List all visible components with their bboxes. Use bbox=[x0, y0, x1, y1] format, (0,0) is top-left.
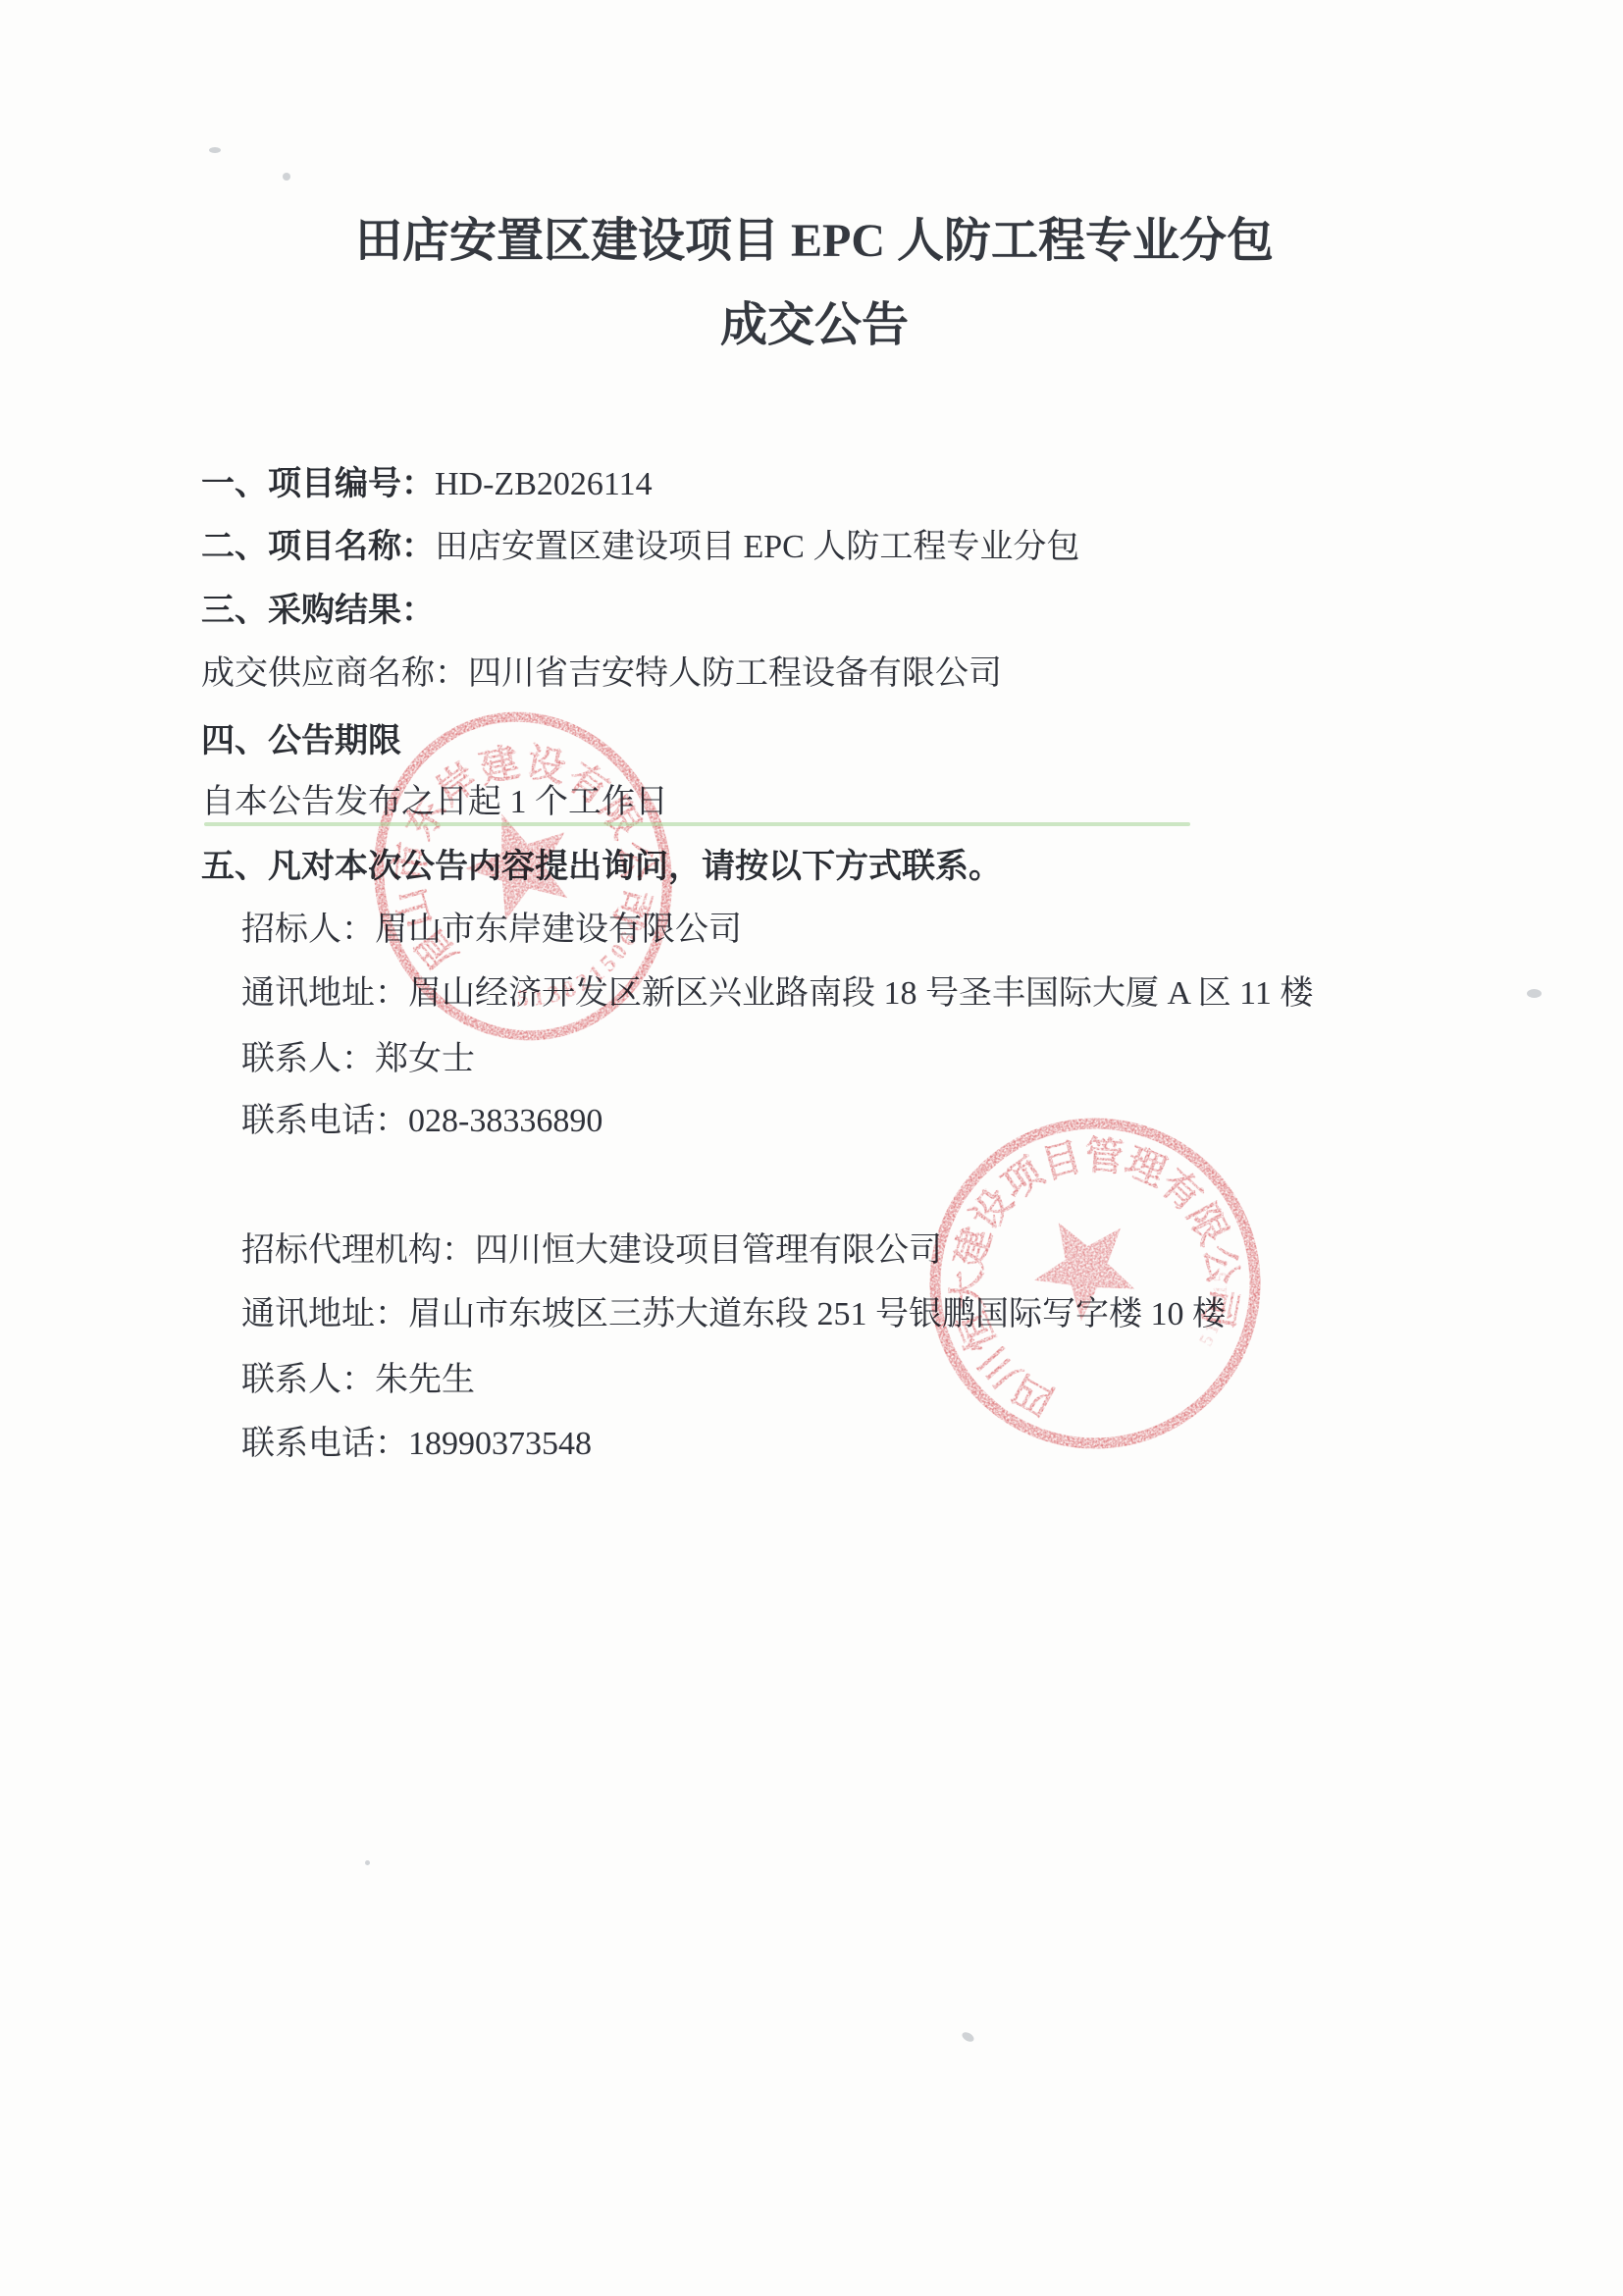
scan-artifact-green-line bbox=[204, 822, 1190, 826]
agency-name-line: 招标代理机构：四川恒大建设项目管理有限公司 bbox=[241, 1228, 942, 1274]
project-number-label: 一、项目编号： bbox=[201, 465, 435, 502]
svg-text:设: 设 bbox=[522, 740, 569, 791]
project-number-value: HD-ZB2026114 bbox=[435, 466, 653, 502]
scan-artifact-speck bbox=[365, 1860, 370, 1865]
project-number-line: 一、项目编号：HD-ZB2026114 bbox=[201, 461, 653, 507]
agency-phone-line: 联系电话：18990373548 bbox=[241, 1422, 592, 1467]
seal-star-icon bbox=[451, 796, 586, 927]
svg-text:5: 5 bbox=[517, 986, 529, 1012]
scan-artifact-speck bbox=[961, 2030, 975, 2043]
scanned-document-page: 田店安置区建设项目 EPC 人防工程专业分包 成交公告 一、项目编号：HD-ZB… bbox=[0, 0, 1623, 2296]
project-name-label: 二、项目名称： bbox=[201, 528, 435, 565]
svg-text:5: 5 bbox=[1210, 1272, 1231, 1282]
svg-text:市: 市 bbox=[387, 840, 436, 884]
scan-artifact-speck bbox=[1527, 989, 1542, 998]
svg-text:管: 管 bbox=[1083, 1133, 1126, 1180]
document-title-line2: 成交公告 bbox=[201, 296, 1428, 355]
svg-text:大: 大 bbox=[945, 1269, 991, 1310]
tenderer-phone-line: 联系电话：028-38336890 bbox=[241, 1099, 602, 1144]
project-name-line: 二、项目名称：田店安置区建设项目 EPC 人防工程专业分包 bbox=[201, 524, 1079, 570]
document-title-line1: 田店安置区建设项目 EPC 人防工程专业分包 bbox=[201, 212, 1428, 271]
procurement-result-heading: 三、采购结果： bbox=[201, 588, 435, 633]
scan-artifact-speck bbox=[209, 147, 221, 153]
tenderer-company-seal-stamp: 眉山市东岸建设有限公司51382150606 bbox=[351, 704, 695, 1048]
agency-contact-line: 联系人：朱先生 bbox=[241, 1358, 475, 1403]
svg-text:1: 1 bbox=[1210, 1284, 1231, 1295]
agency-company-seal-stamp: 四川恒大建设项目管理有限公司512215 bbox=[923, 1112, 1267, 1455]
project-name-value: 田店安置区建设项目 EPC 人防工程专业分包 bbox=[435, 529, 1079, 565]
winning-supplier-line: 成交供应商名称：四川省吉安特人防工程设备有限公司 bbox=[201, 652, 1002, 697]
scan-artifact-speck bbox=[283, 173, 290, 181]
seal-star-icon bbox=[1016, 1197, 1151, 1331]
svg-text:1: 1 bbox=[531, 984, 546, 1011]
svg-text:建: 建 bbox=[476, 740, 523, 791]
svg-text:山: 山 bbox=[388, 883, 441, 933]
svg-text:公: 公 bbox=[611, 839, 660, 884]
